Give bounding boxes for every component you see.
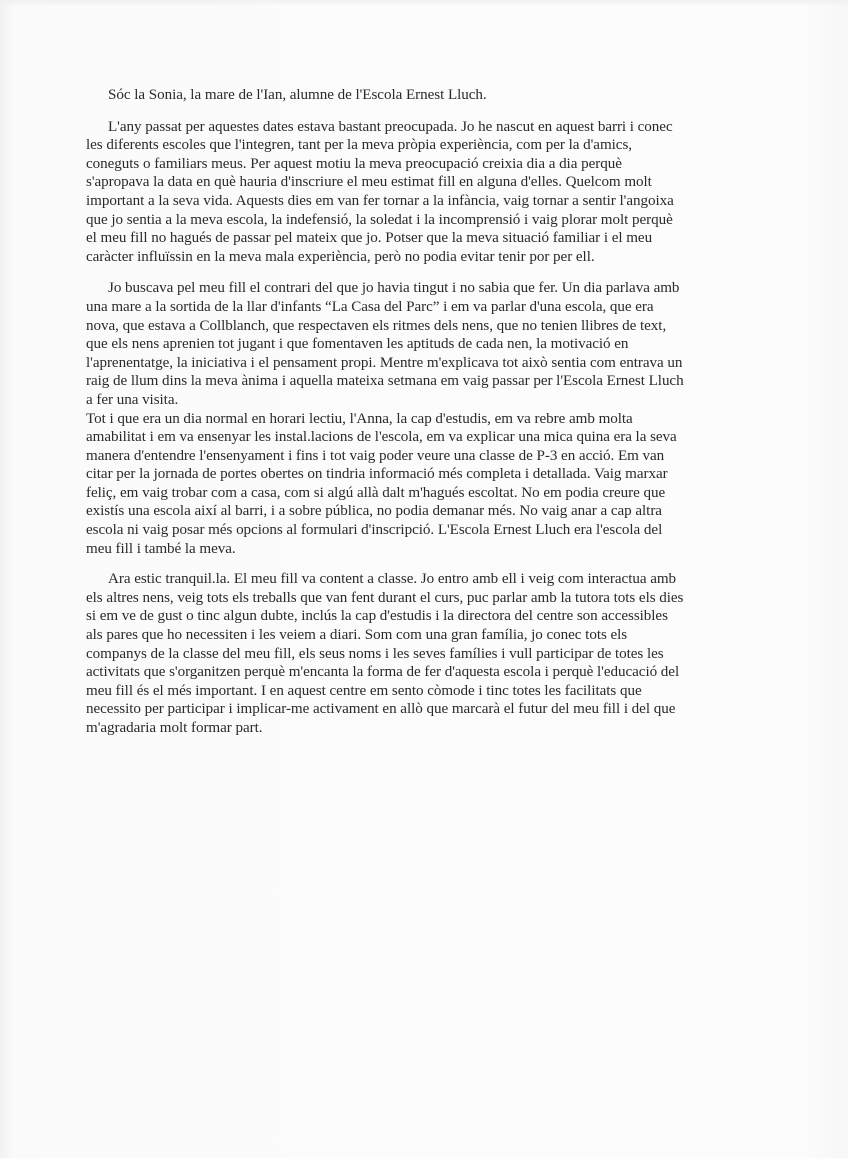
paragraph-spacer	[86, 558, 746, 570]
text-line: a fer una visita.	[86, 391, 746, 410]
letter-body: Sóc la Sonia, la mare de l'Ian, alumne d…	[86, 86, 746, 738]
paragraph-visit: Tot i que era un dia normal en horari le…	[86, 410, 746, 559]
text-line: l'aprenentatge, la iniciativa i el pensa…	[86, 354, 746, 373]
text-line: raig de llum dins la meva ànima i aquell…	[86, 372, 746, 391]
scanned-page: Sóc la Sonia, la mare de l'Ian, alumne d…	[0, 0, 848, 1168]
text-line: nova, que estava a Collblanch, que respe…	[86, 317, 746, 336]
text-line: coneguts o familiars meus. Per aquest mo…	[86, 155, 746, 174]
text-line: Jo buscava pel meu fill el contrari del …	[86, 279, 746, 298]
paragraph-search: Jo buscava pel meu fill el contrari del …	[86, 279, 746, 409]
text-line: important a la seva vida. Aquests dies e…	[86, 192, 746, 211]
text-line: s'apropava la data en què hauria d'inscr…	[86, 173, 746, 192]
text-line: si em ve de gust o tinc algun dubte, inc…	[86, 607, 746, 626]
scan-edge-bottom	[0, 1158, 848, 1168]
text-line: meu fill és el més important. I en aques…	[86, 682, 746, 701]
text-line: caràcter influïssin en la meva mala expe…	[86, 248, 746, 267]
text-line: una mare a la sortida de la llar d'infan…	[86, 298, 746, 317]
text-line: existís una escola així al barri, i a so…	[86, 502, 746, 521]
text-line: el meu fill no hagués de passar pel mate…	[86, 229, 746, 248]
text-line: manera d'entendre l'ensenyament i fins i…	[86, 447, 746, 466]
text-line: Ara estic tranquil.la. El meu fill va co…	[86, 570, 746, 589]
text-line: amabilitat i em va ensenyar les instal.l…	[86, 428, 746, 447]
scan-edge-top	[0, 0, 848, 6]
paragraph-worry: L'any passat per aquestes dates estava b…	[86, 118, 746, 267]
text-line: als pares que ho necessiten i les veiem …	[86, 626, 746, 645]
text-line: les diferents escoles que l'integren, ta…	[86, 136, 746, 155]
paragraph-spacer	[86, 266, 746, 279]
text-line: escola ni vaig posar més opcions al form…	[86, 521, 746, 540]
text-line: Tot i que era un dia normal en horari le…	[86, 410, 746, 429]
paragraph-spacer	[86, 105, 746, 118]
text-line: meu fill i també la meva.	[86, 540, 746, 559]
paragraph-now: Ara estic tranquil.la. El meu fill va co…	[86, 570, 746, 737]
text-line: citar per la jornada de portes obertes o…	[86, 465, 746, 484]
text-line: Sóc la Sonia, la mare de l'Ian, alumne d…	[86, 86, 746, 105]
text-line: que jo sentia a la meva escola, la indef…	[86, 211, 746, 230]
text-line: que els nens aprenien tot jugant i que f…	[86, 335, 746, 354]
text-line: companys de la classe del meu fill, els …	[86, 645, 746, 664]
text-line: L'any passat per aquestes dates estava b…	[86, 118, 746, 137]
text-line: feliç, em vaig trobar com a casa, com si…	[86, 484, 746, 503]
text-line: activitats que s'organitzen perquè m'enc…	[86, 663, 746, 682]
paragraph-intro: Sóc la Sonia, la mare de l'Ian, alumne d…	[86, 86, 746, 105]
text-line: m'agradaria molt formar part.	[86, 719, 746, 738]
text-line: necessito per participar i implicar-me a…	[86, 700, 746, 719]
text-line: els altres nens, veig tots els treballs …	[86, 589, 746, 608]
